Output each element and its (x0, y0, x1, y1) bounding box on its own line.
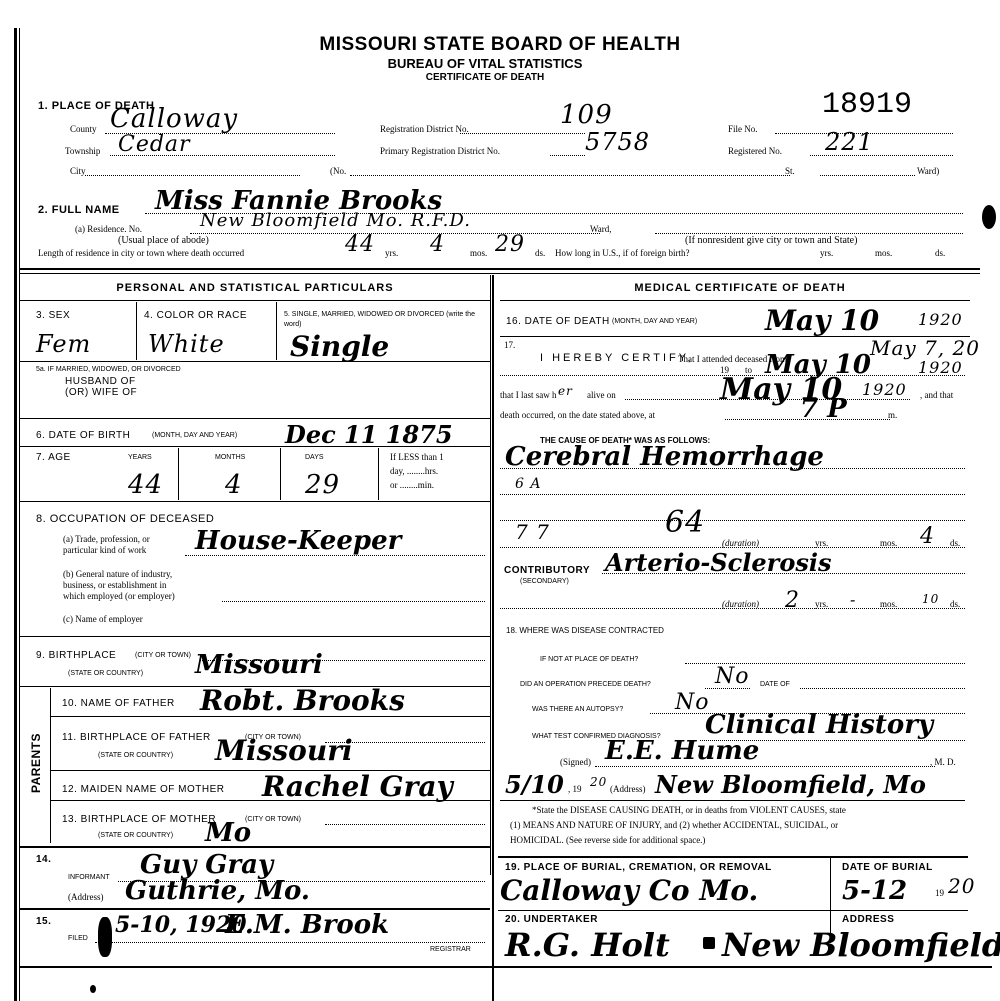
residence-line (190, 233, 600, 234)
registration-district-value: 109 (560, 100, 613, 130)
certify-label: I HEREBY CERTIFY, (540, 352, 694, 364)
m-label: m. (888, 410, 897, 420)
cause-mos-label: mos. (880, 538, 897, 548)
physician-address-label: (Address) (610, 784, 646, 794)
spouse-label-3: (OR) WIFE OF (65, 387, 137, 398)
md-label: , M. D. (930, 757, 956, 767)
father-name-value: Robt. Brooks (200, 684, 405, 717)
registration-district-line (460, 133, 585, 134)
spouse-label-2: HUSBAND OF (65, 376, 136, 387)
cause-ds-label: ds. (950, 538, 960, 548)
medical-section-title: MEDICAL CERTIFICATE OF DEATH (590, 282, 890, 294)
days-label: DAYS (305, 454, 324, 461)
alive-on-label: alive on (587, 390, 616, 400)
dod-label: 16. DATE OF DEATH (506, 316, 610, 327)
mother-name-value: Rachel Gray (262, 770, 453, 803)
cause-line-3 (500, 520, 965, 521)
st-label: St. (785, 166, 795, 176)
informant-address-label: (Address) (68, 892, 104, 902)
certify-num: 17. (504, 340, 515, 350)
informant-num: 14. (36, 854, 51, 865)
footnote-1: *State the DISEASE CAUSING DEATH, or in … (532, 805, 846, 815)
burial-place-value: Calloway Co Mo. (500, 874, 758, 907)
residence-value: New Bloomfield Mo. R.F.D. (200, 210, 471, 231)
length-label: Length of residence in city or town wher… (38, 248, 244, 258)
primary-registration-value: 5758 (585, 128, 650, 156)
ink-dot (90, 985, 96, 993)
city-label: City (70, 166, 86, 176)
contributory-mos-label: mos. (880, 599, 897, 609)
city-line (85, 175, 300, 176)
undertaker-value: R.G. Holt (505, 926, 670, 964)
occupation-label: 8. OCCUPATION OF DECEASED (36, 513, 214, 525)
secondary-label: (SECONDARY) (520, 578, 569, 585)
day-hrs-label: day, ........hrs. (390, 466, 438, 476)
contributory-duration-yrs: 2 (785, 588, 800, 613)
mother-birthplace-line (325, 824, 485, 825)
attended-to-year-value: 1920 (918, 358, 963, 377)
row-rule-3 (20, 446, 490, 447)
occurred-label: death occurred, on the date stated above… (500, 410, 655, 420)
registered-no-label: Registered No. (728, 146, 782, 156)
full-name-label: 2. FULL NAME (38, 204, 120, 216)
foreign-ds-label: ds. (935, 248, 945, 258)
mother-birthplace-value: Mo (205, 818, 251, 848)
medical-title-rule (500, 300, 970, 301)
birthplace-value: Missouri (195, 650, 323, 680)
time-value: 7 P (800, 394, 847, 424)
informant-address-value: Guthrie, Mo. (125, 876, 310, 906)
dod-value: May 10 (765, 304, 879, 337)
autopsy-label: WAS THERE AN AUTOPSY? (532, 706, 623, 713)
trade-value: House-Keeper (195, 526, 401, 556)
registered-no-value: 221 (825, 128, 874, 156)
row-rule-10 (20, 846, 490, 848)
filed-line (95, 942, 485, 943)
age-div-2 (280, 448, 281, 500)
registration-district-label: Registration District No. (380, 124, 469, 134)
last-saw-pronoun: er (558, 384, 573, 398)
row-rule-1 (20, 361, 490, 362)
trade-label-2: particular kind of work (63, 545, 146, 555)
length-ds-label: ds. (535, 248, 545, 258)
burial-label: 19. PLACE OF BURIAL, CREMATION, OR REMOV… (505, 862, 772, 873)
bottom-rule-right (492, 966, 992, 968)
marital-value: Single (290, 330, 389, 363)
age-months-value: 4 (225, 470, 243, 500)
signed-line (595, 766, 935, 767)
street-line (350, 175, 790, 176)
contributory-value: Arterio-Sclerosis (605, 548, 831, 577)
divider-top (20, 268, 980, 270)
center-divider (492, 275, 494, 1001)
sex-race-divider (136, 302, 137, 360)
signed-year-value: 20 (590, 775, 607, 789)
birthplace-city-label: (CITY OR TOWN) (135, 652, 191, 659)
foreign-mos-label: mos. (875, 248, 892, 258)
contributory-duration-label: (duration) (722, 599, 759, 609)
contributory-ds-label: ds. (950, 599, 960, 609)
mother-birthplace-city-label: (CITY OR TOWN) (245, 816, 301, 823)
contributory-duration-mos: - (850, 590, 856, 609)
mother-name-label: 12. MAIDEN NAME OF MOTHER (62, 784, 225, 795)
employer-label: (c) Name of employer (63, 614, 143, 624)
last-saw-year-value: 1920 (862, 380, 907, 399)
foreign-birth-label: How long in U.S., if of foreign birth? (555, 248, 689, 258)
length-mos-label: mos. (470, 248, 487, 258)
operation-value: No (715, 664, 750, 689)
footnote-2: (1) MEANS AND NATURE OF INJURY, and (2) … (510, 820, 838, 830)
industry-label-2: business, or establishment in (63, 580, 167, 590)
cause-stamp: 64 (665, 505, 705, 540)
cause-line-2 (500, 494, 965, 495)
burial-year-value: 20 (948, 874, 975, 898)
ink-blot-filed (98, 917, 112, 957)
mother-birthplace-state-label: (STATE OR COUNTRY) (98, 832, 173, 839)
primary-registration-label: Primary Registration District No. (380, 146, 500, 156)
industry-label-3: which employed (or employer) (63, 591, 175, 601)
ward-line (820, 175, 915, 176)
operation-label: DID AN OPERATION PRECEDE DEATH? (520, 681, 651, 688)
personal-section-title: PERSONAL AND STATISTICAL PARTICULARS (20, 282, 490, 294)
marital-label: 5. SINGLE, MARRIED, WIDOWED OR DIVORCED … (284, 310, 484, 330)
length-mos-value: 4 (430, 232, 445, 257)
nonresident-label: (If nonresident give city or town and St… (685, 235, 857, 246)
dob-label: 6. DATE OF BIRTH (36, 430, 130, 441)
row-rule-2 (20, 418, 490, 419)
age-div-3 (378, 448, 379, 500)
trade-label-1: (a) Trade, profession, or (63, 534, 150, 544)
race-marital-divider (276, 302, 277, 360)
residence-ward-label: Ward, (590, 224, 612, 234)
ink-blot (982, 205, 996, 229)
date-of-line (800, 688, 965, 689)
county-label: County (70, 124, 97, 134)
not-place-label: IF NOT AT PLACE OF DEATH? (540, 656, 638, 663)
footnote-3: HOMICIDAL. (See reverse side for additio… (510, 835, 705, 845)
last-saw-label: that I last saw h (500, 390, 557, 400)
cause-line3-value: 7 7 (515, 520, 550, 544)
father-birthplace-value: Missouri (215, 734, 353, 767)
foreign-yrs-label: yrs. (820, 248, 833, 258)
sex-value: Fem (36, 330, 91, 358)
industry-label-1: (b) General nature of industry, (63, 569, 172, 579)
burial-date-label: DATE OF BURIAL (842, 862, 933, 873)
race-value: White (148, 330, 225, 358)
burial-top-rule (498, 856, 968, 858)
birthplace-label: 9. BIRTHPLACE (36, 650, 116, 661)
contributory-label: CONTRIBUTORY (504, 565, 590, 576)
burial-year-prefix: 19 (935, 888, 944, 898)
contributory-duration-ds: 10 (922, 592, 939, 606)
bottom-rule-left (20, 966, 492, 968)
township-label: Township (65, 146, 100, 156)
page-title: MISSOURI STATE BOARD OF HEALTH (270, 34, 730, 56)
mother-birthplace-label: 13. BIRTHPLACE OF MOTHER (62, 814, 216, 825)
burial-date-value: 5-12 (842, 876, 907, 906)
cause-duration-mos-value: 4 (920, 524, 935, 549)
signed-date-value: 5/10 (505, 770, 564, 799)
row-rule-4 (20, 501, 490, 502)
form-name: CERTIFICATE OF DEATH (360, 72, 610, 83)
abode-label: (Usual place of abode) (118, 235, 209, 246)
months-label: MONTHS (215, 454, 245, 461)
county-value: Calloway (110, 104, 238, 134)
length-ds-value: 29 (495, 232, 525, 257)
length-yrs-label: yrs. (385, 248, 398, 258)
race-label: 4. COLOR OR RACE (144, 310, 247, 321)
dod-sub-label: (MONTH, DAY AND YEAR) (612, 318, 697, 325)
cause-line2-value: 6 A (515, 476, 541, 492)
date-of-label: DATE OF (760, 681, 790, 688)
contracted-label: 18. WHERE WAS DISEASE CONTRACTED (506, 626, 664, 635)
undertaker-label: 20. UNDERTAKER (505, 914, 598, 925)
nonresident-line (655, 233, 963, 234)
age-days-value: 29 (305, 470, 340, 500)
dob-value: Dec 11 1875 (285, 420, 453, 449)
parents-label: PARENTS (29, 733, 43, 793)
ward-label: Ward) (917, 166, 939, 176)
personal-title-rule (20, 300, 490, 301)
contributory-yrs-label: yrs. (815, 599, 828, 609)
certificate-number: 18919 (822, 88, 912, 122)
attended-from-value: May 7, 20 (870, 336, 980, 360)
father-birthplace-state-label: (STATE OR COUNTRY) (98, 752, 173, 759)
undertaker-address-value: New Bloomfield, Mo (722, 926, 1000, 964)
sex-label: 3. SEX (36, 310, 70, 321)
physician-rule (500, 800, 965, 801)
row-rule-7 (50, 716, 490, 717)
physician-value: E.E. Hume (605, 736, 759, 766)
ink-blot-undertaker (703, 937, 715, 949)
physician-address-value: New Bloomfield, Mo (655, 770, 926, 799)
or-min-label: or ........min. (390, 480, 434, 490)
informant-label: INFORMANT (68, 874, 110, 881)
signed-year-label: , 19 (568, 784, 582, 794)
no-label: (No. (330, 166, 346, 176)
signed-label: (Signed) (560, 757, 591, 767)
age-label: 7. AGE (36, 452, 71, 463)
dob-sub-label: (MONTH, DAY AND YEAR) (152, 432, 237, 439)
cause-duration-label: (duration) (722, 538, 759, 548)
undertaker-address-label: ADDRESS (842, 914, 894, 925)
father-name-label: 10. NAME OF FATHER (62, 698, 175, 709)
bureau-subtitle: BUREAU OF VITAL STATISTICS (320, 56, 650, 71)
left-box-right-edge (490, 275, 491, 875)
residence-label: (a) Residence. No. (75, 224, 142, 234)
row-rule-9 (50, 800, 490, 801)
birthplace-state-label: (STATE OR COUNTRY) (68, 670, 143, 677)
father-birthplace-label: 11. BIRTHPLACE OF FATHER (62, 732, 211, 743)
and-that-label: , and that (920, 390, 953, 400)
filed-label: FILED (68, 935, 88, 942)
left-border (14, 28, 17, 1001)
less-than-label: If LESS than 1 (390, 452, 444, 462)
years-label: YEARS (128, 454, 152, 461)
industry-line (222, 601, 485, 602)
filed-num: 15. (36, 916, 51, 927)
length-yrs-value: 44 (345, 232, 375, 257)
burial-rule (498, 910, 968, 911)
primary-registration-line (550, 155, 585, 156)
parents-divider (50, 688, 51, 843)
dod-year-value: 1920 (918, 310, 963, 329)
spouse-label-1: 5a. IF MARRIED, WIDOWED, OR DIVORCED (36, 366, 181, 373)
left-border-inner (19, 28, 20, 1001)
cause-yrs-label: yrs. (815, 538, 828, 548)
age-div-1 (178, 448, 179, 500)
registrar-value: E.M. Brook (225, 910, 389, 940)
township-value: Cedar (118, 132, 191, 157)
divider-top-2 (20, 273, 980, 274)
age-years-value: 44 (128, 470, 163, 500)
file-no-label: File No. (728, 124, 758, 134)
row-rule-5 (20, 636, 490, 637)
cause-value: Cerebral Hemorrhage (505, 442, 824, 472)
registrar-label: REGISTRAR (430, 946, 471, 953)
